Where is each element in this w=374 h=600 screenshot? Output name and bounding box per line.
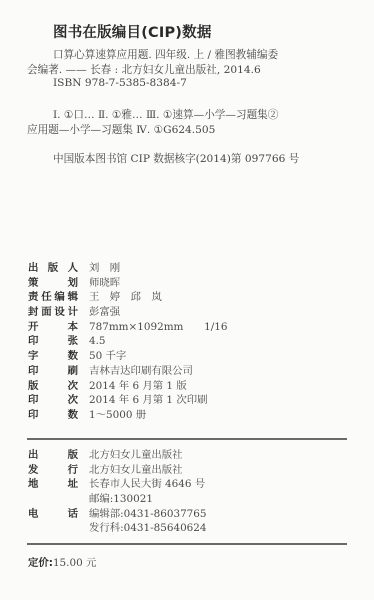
- row-value: 编辑部:0431-86037765: [89, 507, 207, 522]
- price-label: 定价:: [28, 557, 53, 569]
- cip-classification-1: Ⅰ. ①口… Ⅱ. ①雅… Ⅲ. ①速算—小学—习题集②: [53, 107, 278, 122]
- divider-2: [27, 543, 347, 545]
- colophon-row: 策划师晓晖: [28, 276, 228, 291]
- colophon-row: 出版人刘 刚: [28, 261, 228, 276]
- colophon-row: 封面设计彭富强: [28, 305, 228, 320]
- colophon-row: 地址长春市人民大街 4646 号: [28, 477, 207, 492]
- colophon-row: 版次2014 年 6 月第 1 版: [28, 379, 228, 394]
- row-label: 发行: [28, 463, 89, 478]
- row-label: 印次: [28, 393, 89, 408]
- row-label: 印刷: [28, 364, 89, 379]
- colophon-row: 字数50 千字: [28, 349, 228, 364]
- row-value: 50 千字: [89, 349, 126, 364]
- row-value: 2014 年 6 月第 1 版: [89, 379, 187, 394]
- publisher-info: 出版北方妇女儿童出版社发行北方妇女儿童出版社地址长春市人民大街 4646 号邮编…: [28, 448, 207, 536]
- colophon-row: 发行北方妇女儿童出版社: [28, 463, 207, 478]
- row-value: 2014 年 6 月第 1 次印刷: [89, 393, 208, 408]
- row-label: 版次: [28, 379, 89, 394]
- row-label: 印张: [28, 334, 89, 349]
- row-label: 地址: [28, 477, 89, 492]
- row-value: 北方妇女儿童出版社: [89, 448, 183, 463]
- cip-line-1: 口算心算速算应用题. 四年级. 上 / 雅图教辅编委: [53, 47, 278, 62]
- row-label: 出版人: [28, 261, 89, 276]
- colophon-row: 发行科:0431-85640624: [28, 521, 207, 536]
- colophon-row: 开本787mm×1092mm 1/16: [28, 320, 228, 335]
- row-value: 邮编:130021: [89, 492, 153, 507]
- colophon-row: 邮编:130021: [28, 492, 207, 507]
- colophon-row: 印次2014 年 6 月第 1 次印刷: [28, 393, 228, 408]
- cip-classification-2: 应用题—小学—习题集 Ⅳ. ①G624.505: [27, 122, 215, 137]
- row-label: 责任编辑: [28, 290, 89, 305]
- colophon-row: 印张4.5: [28, 334, 228, 349]
- price: 定价:15.00 元: [28, 554, 96, 569]
- row-value: 发行科:0431-85640624: [89, 521, 207, 536]
- row-value: 王 婷 邱 岚: [89, 290, 162, 305]
- row-value: 北方妇女儿童出版社: [89, 463, 183, 478]
- colophon-row: 责任编辑王 婷 邱 岚: [28, 290, 228, 305]
- colophon-row: 电话编辑部:0431-86037765: [28, 507, 207, 522]
- colophon-row: 出版北方妇女儿童出版社: [28, 448, 207, 463]
- divider-1: [27, 438, 347, 440]
- row-label: 开本: [28, 320, 89, 335]
- row-value: 1～5000 册: [89, 408, 146, 423]
- colophon-table: 出版人刘 刚策划师晓晖责任编辑王 婷 邱 岚封面设计彭富强开本787mm×109…: [28, 261, 228, 423]
- cip-line-2: 会编著. —— 长春 : 北方妇女儿童出版社, 2014.6: [27, 62, 261, 77]
- row-value: 787mm×1092mm 1/16: [89, 320, 228, 335]
- row-value: 吉林吉达印刷有限公司: [89, 364, 193, 379]
- row-label: [28, 492, 89, 507]
- row-label: 策划: [28, 276, 89, 291]
- row-label: 电话: [28, 507, 89, 522]
- colophon-row: 印刷吉林吉达印刷有限公司: [28, 364, 228, 379]
- price-value: 15.00 元: [53, 557, 96, 569]
- colophon-row: 印数1～5000 册: [28, 408, 228, 423]
- row-label: 出版: [28, 448, 89, 463]
- row-label: 封面设计: [28, 305, 89, 320]
- cip-isbn: ISBN 978-7-5385-8384-7: [53, 77, 187, 89]
- row-value: 4.5: [89, 334, 106, 349]
- row-value: 刘 刚: [89, 261, 120, 276]
- row-label: 印数: [28, 408, 89, 423]
- row-value: 师晓晖: [89, 276, 120, 291]
- cip-data-number: 中国版本图书馆 CIP 数据核字(2014)第 097766 号: [53, 151, 299, 166]
- row-label: [28, 521, 89, 536]
- cip-title: 图书在版编目(CIP)数据: [53, 21, 212, 42]
- row-value: 彭富强: [89, 305, 120, 320]
- row-value: 长春市人民大街 4646 号: [89, 477, 205, 492]
- row-label: 字数: [28, 349, 89, 364]
